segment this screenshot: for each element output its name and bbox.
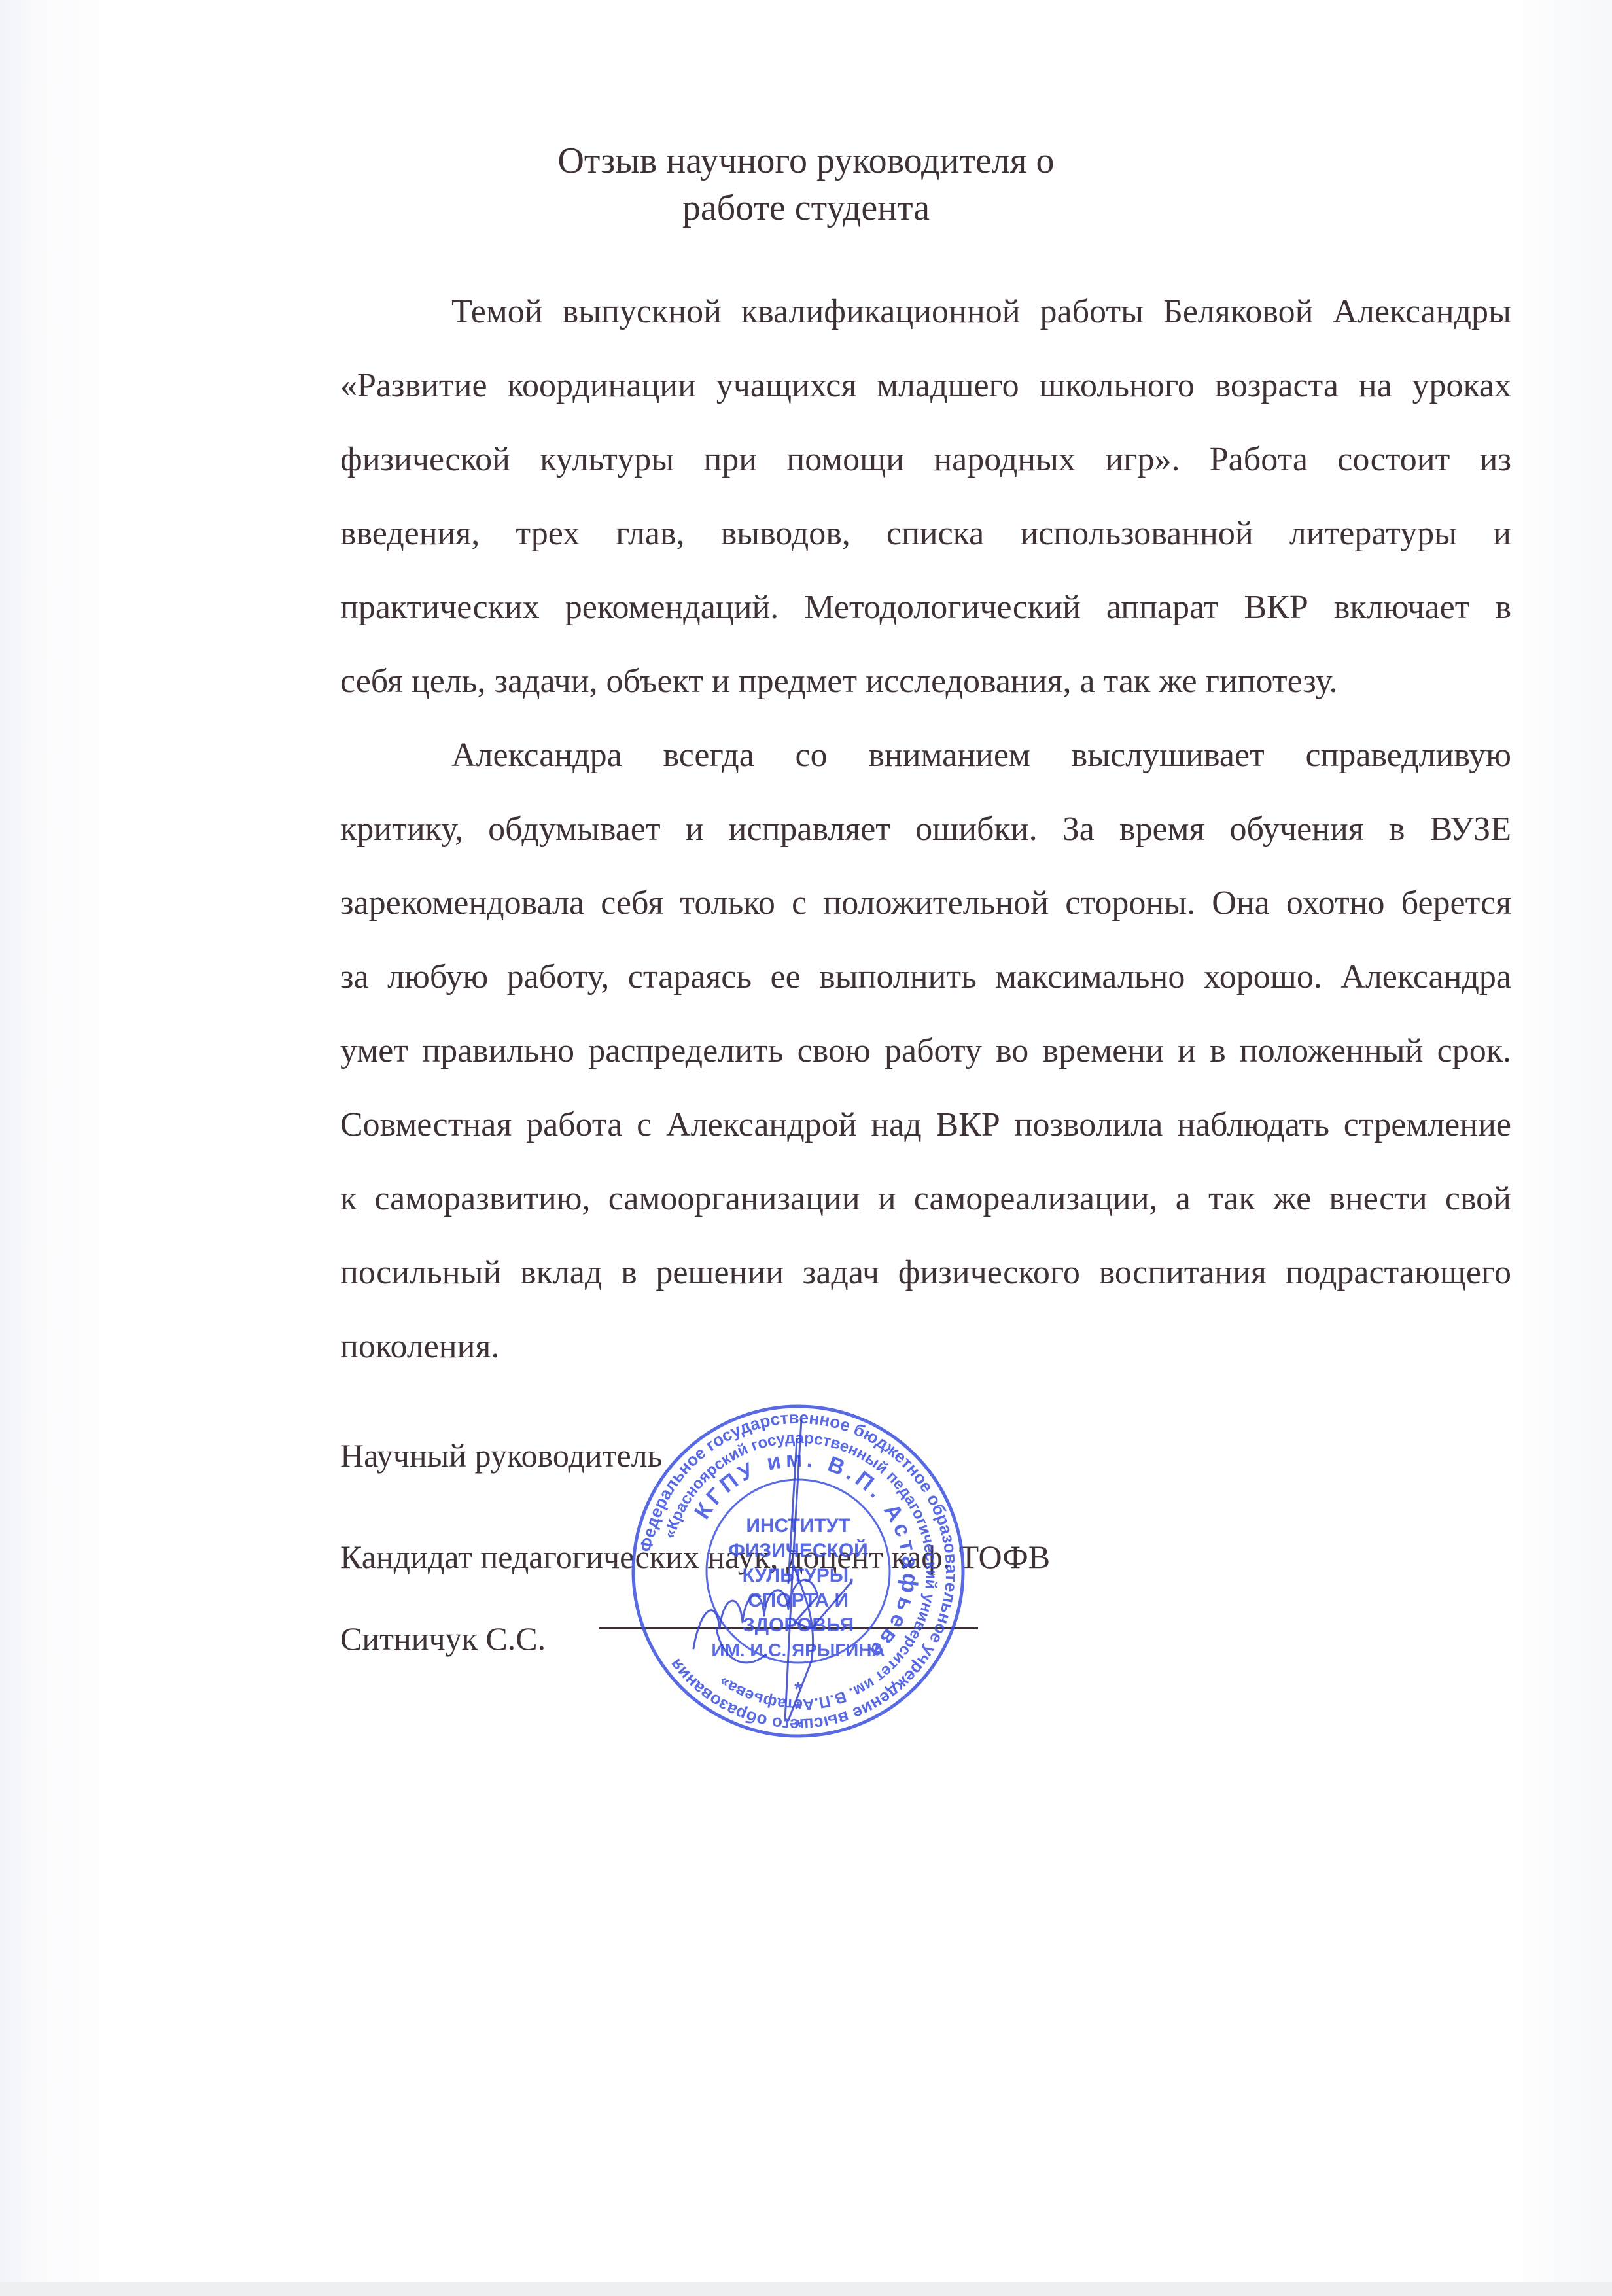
text-line: умет правильно распределить свою работу … xyxy=(229,1014,1511,1088)
scan-edge xyxy=(0,2282,1612,2296)
paragraph-1: Темой выпускной квалификационной работы … xyxy=(229,275,1511,718)
document-body: Темой выпускной квалификационной работы … xyxy=(229,275,1511,1383)
text-line: Темой выпускной квалификационной работы … xyxy=(229,275,1511,349)
text-line: зарекомендовала себя только с положитель… xyxy=(229,866,1511,940)
title-line-2: работе студента xyxy=(0,184,1612,232)
text-line: критику, обдумывает и исправляет ошибки.… xyxy=(229,792,1511,866)
text-line: физической культуры при помощи народных … xyxy=(229,423,1511,496)
document-title: Отзыв научного руководителя о работе сту… xyxy=(0,137,1612,232)
text-line: «Развитие координации учащихся младшего … xyxy=(229,349,1511,423)
text-line: посильный вклад в решении задач физическ… xyxy=(229,1236,1511,1310)
paragraph-2: Александра всегда со вниманием выслушива… xyxy=(229,718,1511,1383)
title-line-1: Отзыв научного руководителя о xyxy=(0,137,1612,184)
text-line: Совместная работа с Александрой над ВКР … xyxy=(229,1088,1511,1162)
text-line: себя цель, задачи, объект и предмет иссл… xyxy=(229,644,1511,718)
text-line: введения, трех глав, выводов, списка исп… xyxy=(229,496,1511,570)
text-line: Александра всегда со вниманием выслушива… xyxy=(229,718,1511,792)
signature-name: Ситничук С.С. xyxy=(340,1619,546,1658)
text-line: поколения. xyxy=(229,1310,1511,1383)
text-line: к саморазвитию, самоорганизации и саморе… xyxy=(229,1162,1511,1236)
signature-role: Научный руководитель xyxy=(340,1436,662,1475)
text-line: за любую работу, стараясь ее выполнить м… xyxy=(229,940,1511,1014)
handwritten-signature-icon xyxy=(654,1413,929,1753)
text-line: практических рекомендаций. Методологичес… xyxy=(229,570,1511,644)
